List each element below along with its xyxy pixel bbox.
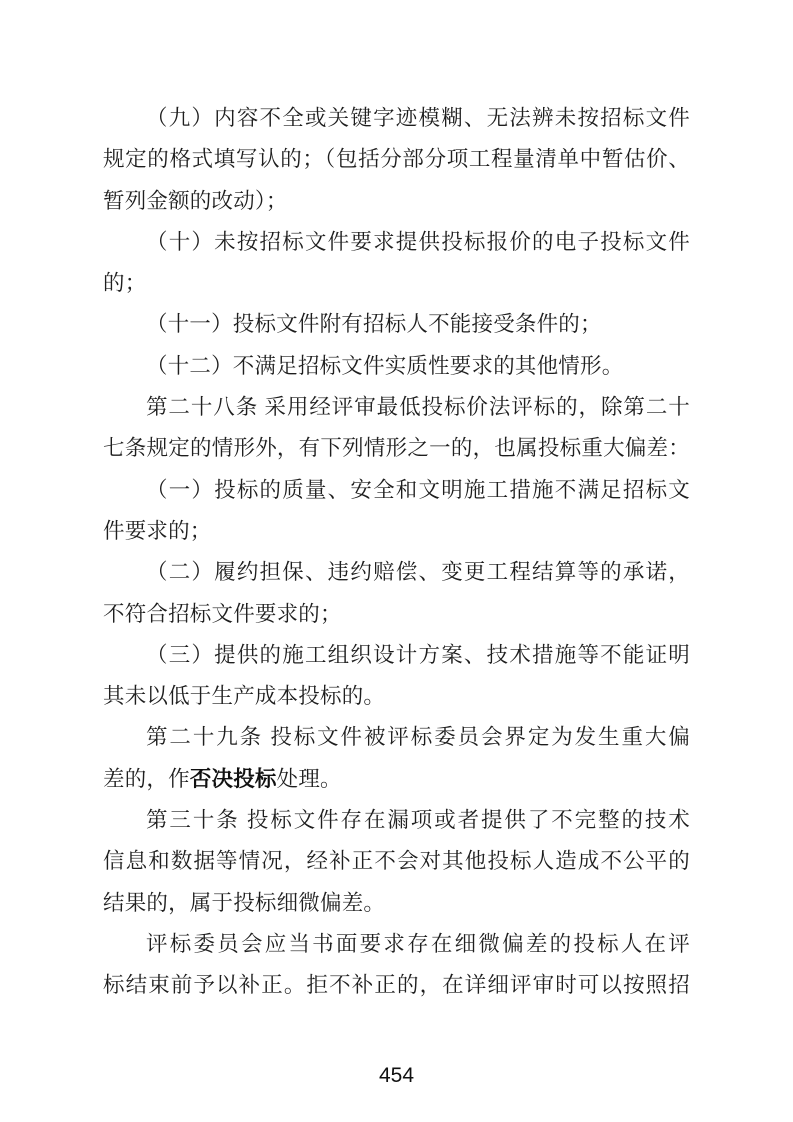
text-segment: 七条规定的情形外，有下列情形之一的，也属投标重大偏差： [103,436,690,460]
text-line: 的； [103,263,690,304]
text-segment: 信息和数据等情况，经补正不会对其他投标人造成不公平的 [103,849,690,873]
text-segment: 的； [103,271,146,295]
text-line: 七条规定的情形外，有下列情形之一的，也属投标重大偏差： [103,428,690,469]
text-segment: 结果的，属于投标细微偏差。 [103,891,385,915]
text-segment: 不符合招标文件要求的； [103,602,342,626]
text-line: （十一）投标文件附有招标人不能接受条件的； [103,304,690,345]
text-block: （九）内容不全或关键字迹模糊、无法辨未按招标文件规定的格式填写认的；（包括分部分… [103,98,690,1007]
text-line: 结果的，属于投标细微偏差。 [103,883,690,924]
text-segment: （三）提供的施工组织设计方案、技术措施等不能证明 [146,643,690,667]
text-line: 其未以低于生产成本投标的。 [103,676,690,717]
page-footer: 454 [0,1064,793,1088]
text-line: （二）履约担保、违约赔偿、变更工程结算等的承诺， [103,552,690,593]
text-line: （十二）不满足招标文件实质性要求的其他情形。 [103,346,690,387]
text-line: 评标委员会应当书面要求存在细微偏差的投标人在评 [103,924,690,965]
text-line: 第二十九条 投标文件被评标委员会界定为发生重大偏 [103,717,690,758]
text-segment: 标结束前予以补正。拒不补正的，在详细评审时可以按照招 [103,973,690,997]
text-segment: 处理。 [277,767,342,791]
text-segment: 规定的格式填写认的；（包括分部分项工程量清单中暂估价、 [103,147,690,171]
text-segment: （十）未按招标文件要求提供投标报价的电子投标文件 [146,230,690,254]
text-line: （十）未按招标文件要求提供投标报价的电子投标文件 [103,222,690,263]
text-segment: （十一）投标文件附有招标人不能接受条件的； [146,312,602,336]
text-segment: 暂列金额的改动）； [103,189,288,213]
text-line: （三）提供的施工组织设计方案、技术措施等不能证明 [103,635,690,676]
text-segment: 件要求的； [103,519,212,543]
text-line: 第三十条 投标文件存在漏项或者提供了不完整的技术 [103,800,690,841]
text-segment: 第二十八条 采用经评审最低投标价法评标的，除第二十 [146,395,690,419]
text-line: 第二十八条 采用经评审最低投标价法评标的，除第二十 [103,387,690,428]
text-line: 件要求的； [103,511,690,552]
text-line: 信息和数据等情况，经补正不会对其他投标人造成不公平的 [103,841,690,882]
text-segment: 差的，作 [103,767,190,791]
text-line: 暂列金额的改动）； [103,181,690,222]
text-segment: （二）履约担保、违约赔偿、变更工程结算等的承诺， [146,560,690,584]
text-segment: （九）内容不全或关键字迹模糊、无法辨未按招标文件 [146,106,690,130]
text-segment: 第三十条 投标文件存在漏项或者提供了不完整的技术 [146,808,690,832]
text-line: 不符合招标文件要求的； [103,594,690,635]
text-segment: 其未以低于生产成本投标的。 [103,684,385,708]
page-number: 454 [379,1064,414,1087]
text-line: （九）内容不全或关键字迹模糊、无法辨未按招标文件 [103,98,690,139]
text-line: 差的，作否决投标处理。 [103,759,690,800]
bold-text-segment: 否决投标 [190,767,277,791]
text-segment: （十二）不满足招标文件实质性要求的其他情形。 [146,354,623,378]
document-page: （九）内容不全或关键字迹模糊、无法辨未按招标文件规定的格式填写认的；（包括分部分… [0,0,793,1122]
text-line: 规定的格式填写认的；（包括分部分项工程量清单中暂估价、 [103,139,690,180]
text-segment: （一）投标的质量、安全和文明施工措施不满足招标文 [146,478,690,502]
text-segment: 评标委员会应当书面要求存在细微偏差的投标人在评 [146,932,690,956]
text-segment: 第二十九条 投标文件被评标委员会界定为发生重大偏 [146,725,690,749]
text-line: （一）投标的质量、安全和文明施工措施不满足招标文 [103,470,690,511]
text-line: 标结束前予以补正。拒不补正的，在详细评审时可以按照招 [103,965,690,1006]
